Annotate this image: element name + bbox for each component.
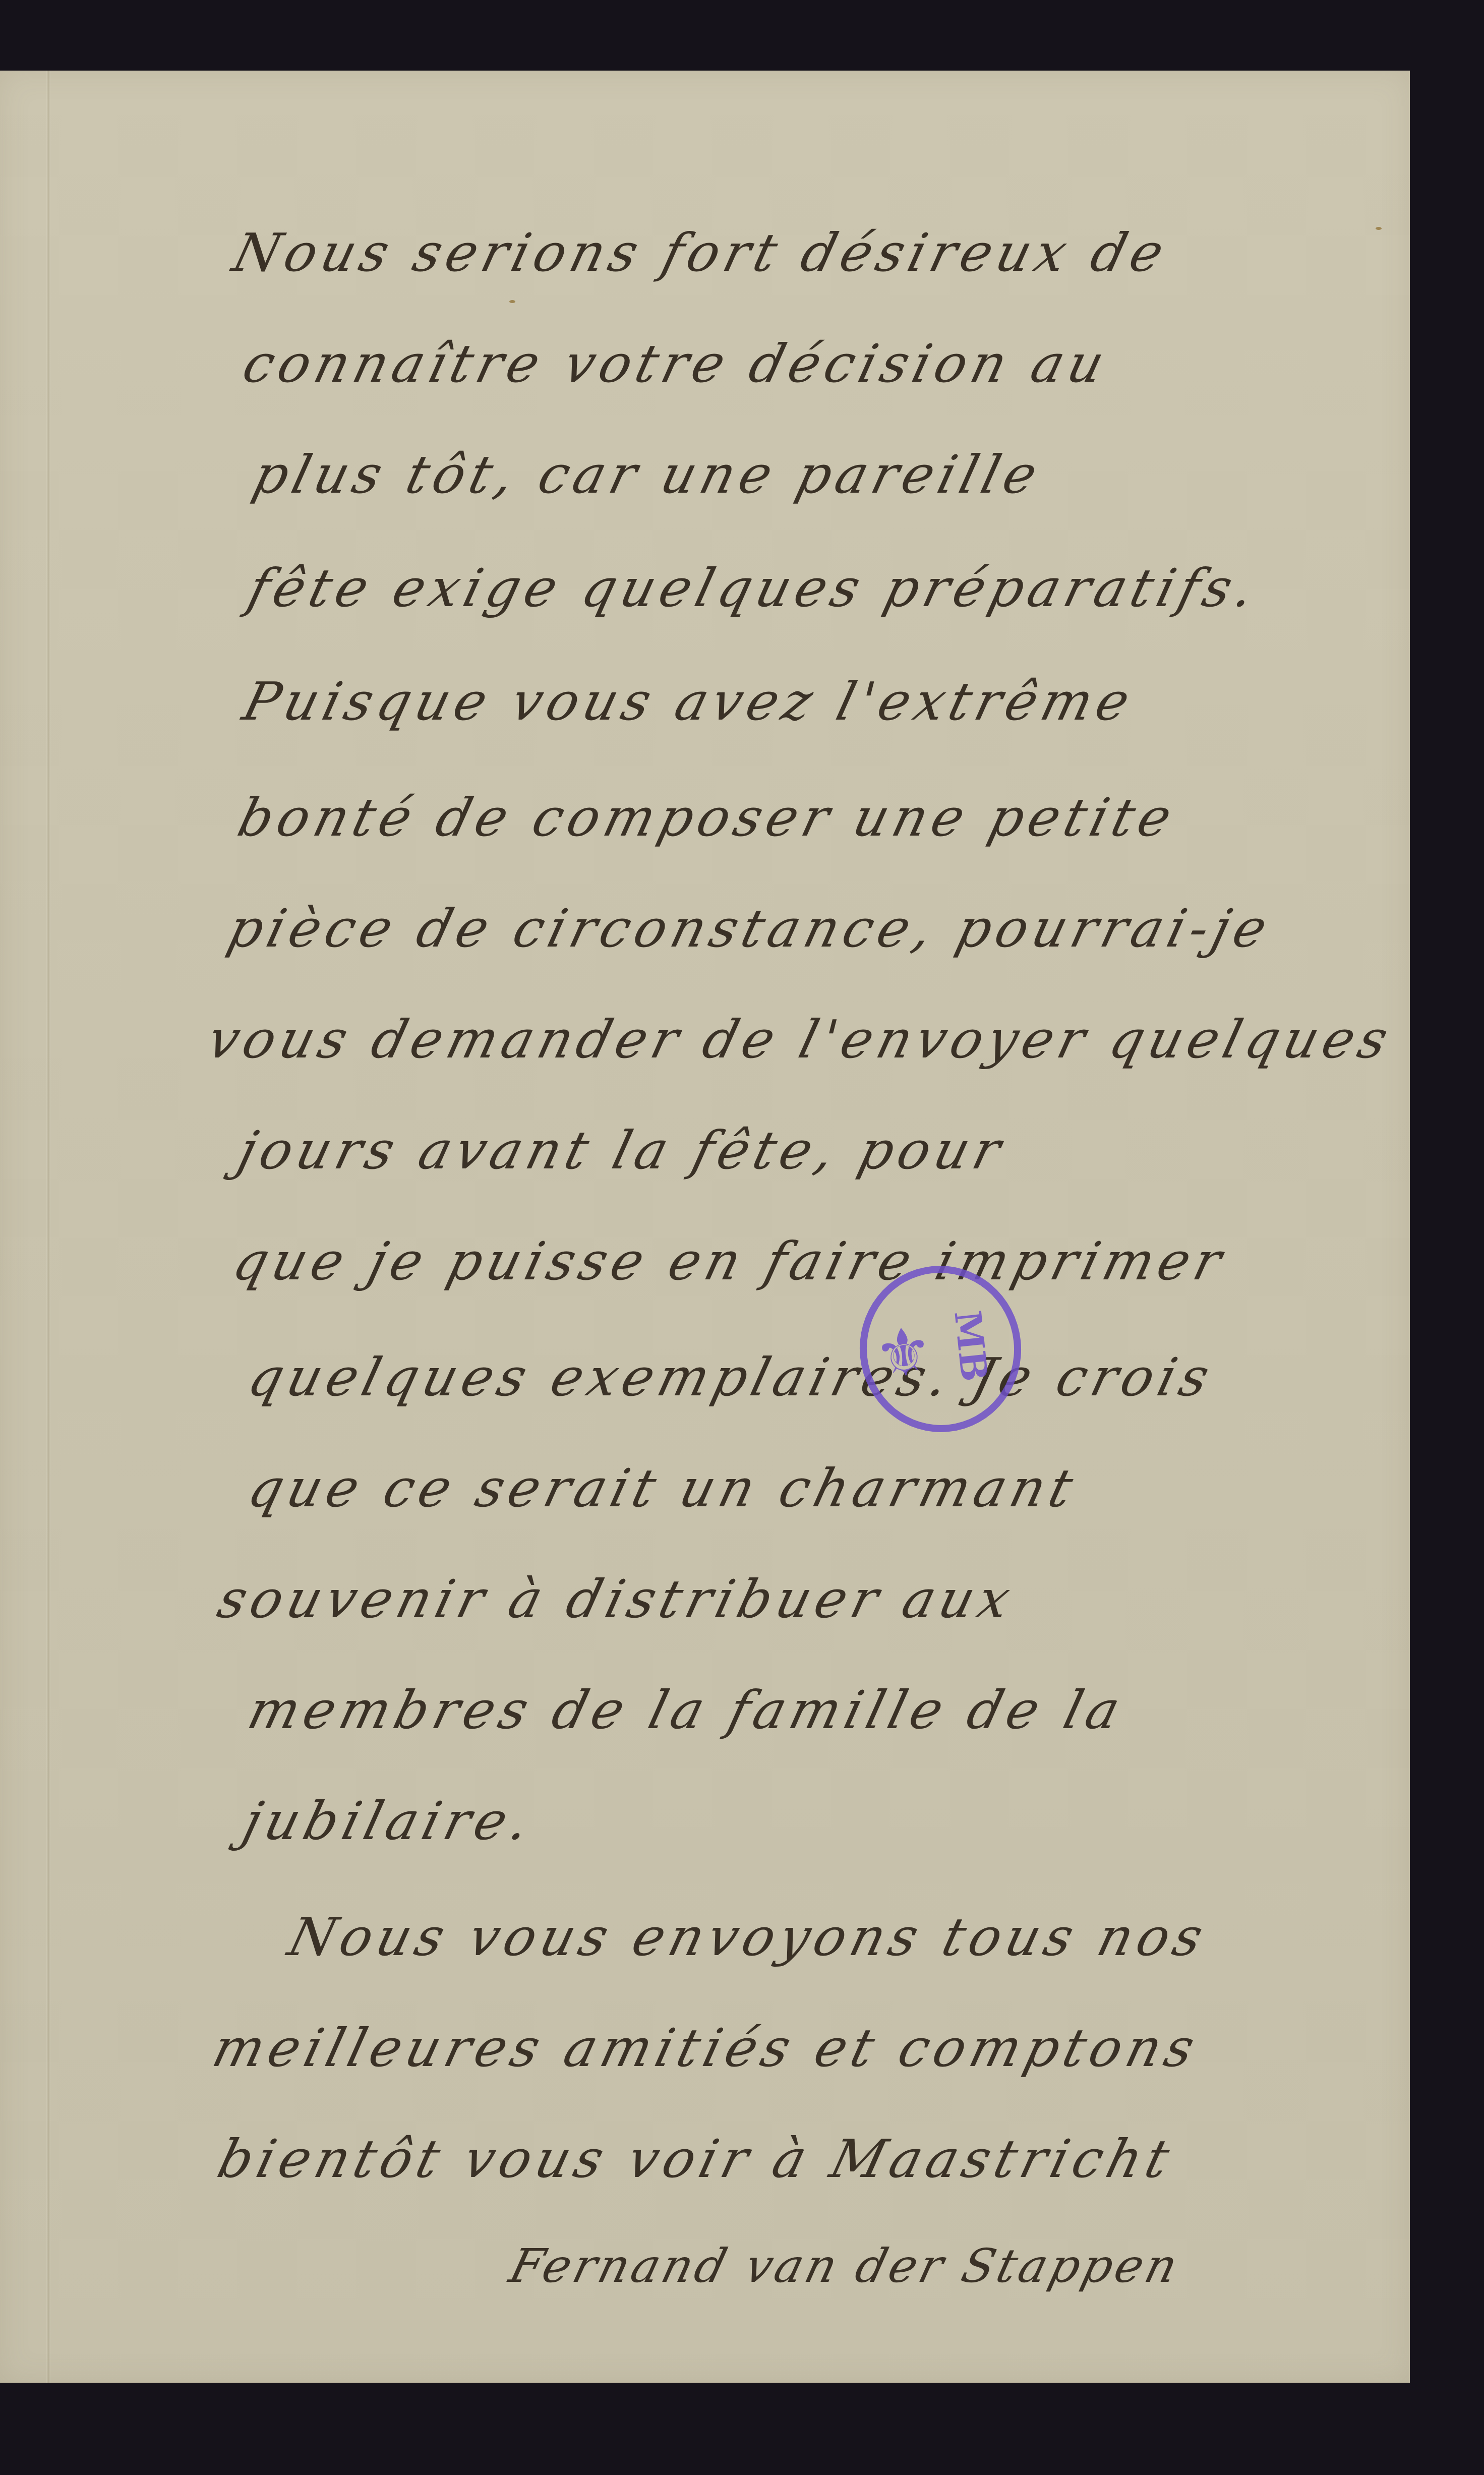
letter-line: plus tôt, car une pareille xyxy=(247,444,1048,505)
stamp-monogram: MB xyxy=(946,1308,996,1383)
letter-line: souvenir à distribuer aux xyxy=(212,1568,1021,1630)
letter-line: que je puisse en faire imprimer xyxy=(227,1230,1233,1292)
letter-line: Puisque vous avez l'extrême xyxy=(237,671,1141,732)
letter-line: quelques exemplaires. Je crois xyxy=(242,1346,1220,1408)
letter-line: membres de la famille de la xyxy=(242,1679,1131,1741)
paper-speck xyxy=(509,300,515,303)
signature: Fernand van der Stappen xyxy=(504,2239,1186,2293)
letter-line: Nous vous envoyons tous nos xyxy=(282,1906,1214,1968)
letter-line: que ce serait un charmant xyxy=(242,1457,1084,1519)
letter-line: vous demander de l'envoyer quelques xyxy=(202,1009,1399,1070)
letter-line: pièce de circonstance, pourrai-je xyxy=(222,898,1278,959)
letter-page: Nous serions fort désireux de connaître … xyxy=(0,71,1410,2383)
letter-line: connaître votre décision au xyxy=(237,333,1115,394)
paper-speck xyxy=(1376,227,1382,230)
letter-line: jours avant la fête, pour xyxy=(232,1119,1012,1181)
letter-line: fête exige quelques préparatifs. xyxy=(242,557,1266,619)
letter-line: bonté de composer une petite xyxy=(232,787,1183,848)
letter-line: jubilaire. xyxy=(237,1790,541,1852)
letter-line: meilleures amitiés et comptons xyxy=(207,2017,1206,2079)
fleur-de-lis-icon: ⚜ xyxy=(871,1317,936,1388)
letter-line: Nous serions fort désireux de xyxy=(227,222,1175,283)
letter-body: Nous serions fort désireux de connaître … xyxy=(0,71,1410,2383)
letter-line: bientôt vous voir à Maastricht xyxy=(212,2128,1180,2190)
